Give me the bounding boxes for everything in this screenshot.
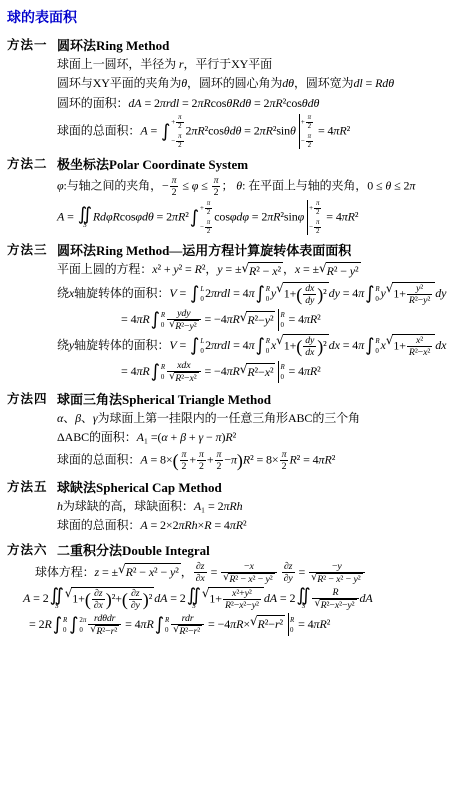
- method-content: 球面三角法Spherical Triangle Methodα、β、γ为球面上第…: [57, 387, 448, 474]
- formula-line: = 4πR∫R0ydy√R²−y² = −4πR√R²−y²R0 = 4πR²: [121, 308, 448, 332]
- formula-line: 绕y轴旋转体的面积：V = ∫L02πrdl = 4π∫R0x√1+(dydx)…: [57, 334, 448, 358]
- formula-line: A = ∬SRdφRcosφdθ = 2πR²∫+π2−π2cosφdφ = 2…: [57, 200, 448, 235]
- formula-line: 圆环的面积：dA = 2πrdl = 2πRcosθRdθ = 2πR²cosθ…: [57, 95, 448, 112]
- method-section-2: 方法二极坐标法Polar Coordinate Systemφ:与轴之间的夹角，…: [7, 152, 448, 237]
- method-heading: 极坐标法Polar Coordinate System: [57, 154, 448, 173]
- formula-line: 球体方程：z = ±√R² − x² − y²，∂z∂x = −x√R² − x…: [35, 561, 448, 585]
- method-label: 方法二: [7, 152, 57, 172]
- method-label: 方法六: [7, 538, 57, 558]
- document-body: 方法一圆环法Ring Method球面上一圆环，半径为 r，平行于XY平面圆环与…: [7, 33, 448, 639]
- formula-line: = 4πR∫R0xdx√R²−x² = −4πR√R²−x²R0 = 4πR²: [121, 360, 448, 384]
- method-heading: 二重积分法Double Integral: [57, 540, 448, 559]
- method-section-1: 方法一圆环法Ring Method球面上一圆环，半径为 r，平行于XY平面圆环与…: [7, 33, 448, 151]
- method-heading: 球缺法Spherical Cap Method: [57, 477, 448, 496]
- formula-line: α、β、γ为球面上第一挂限内的一任意三角形ABC的三个角: [57, 410, 448, 427]
- method-content: 圆环法Ring Method球面上一圆环，半径为 r，平行于XY平面圆环与XY平…: [57, 33, 448, 151]
- method-heading: 圆环法Ring Method: [57, 35, 448, 54]
- formula-line: = 2R∫R0∫2π0rdθdr√R²−r² = 4πR∫R0rdr√R²−r²…: [29, 613, 448, 637]
- formula-line: 绕x轴旋转体的面积：V = ∫L02πrdl = 4π∫R0y√1+(dxdy)…: [57, 282, 448, 306]
- formula-line: h为球缺的高，球缺面积：A₁ = 2πRh: [57, 498, 448, 515]
- formula-line: φ:与轴之间的夹角，−π2 ≤ φ ≤ π2； θ: 在平面上与轴的夹角，0 ≤…: [57, 175, 448, 198]
- formula-line: ΔABC的面积：A₁ =(α + β + γ − π)R²: [57, 429, 448, 446]
- method-label: 方法四: [7, 387, 57, 407]
- method-content: 圆环法Ring Method—运用方程计算旋转体表面面积平面上圆的方程：x² +…: [57, 238, 448, 386]
- method-heading: 圆环法Ring Method—运用方程计算旋转体表面面积: [57, 240, 448, 259]
- method-section-3: 方法三圆环法Ring Method—运用方程计算旋转体表面面积平面上圆的方程：x…: [7, 238, 448, 386]
- method-content: 二重积分法Double Integral球体方程：z = ±√R² − x² −…: [57, 538, 448, 639]
- formula-line: 球面上一圆环，半径为 r，平行于XY平面: [57, 56, 448, 73]
- formula-line: A = 2∬S√1+(∂z∂x)²+(∂z∂y)²dA = 2∬S√1+x²+y…: [23, 587, 448, 611]
- method-content: 极坐标法Polar Coordinate Systemφ:与轴之间的夹角，−π2…: [57, 152, 448, 237]
- formula-line: 圆环与XY平面的夹角为θ，圆环的圆心角为dθ，圆环宽为dl = Rdθ: [57, 75, 448, 92]
- method-section-6: 方法六二重积分法Double Integral球体方程：z = ±√R² − x…: [7, 538, 448, 639]
- formula-line: 球面的总面积：A = 2×2πRh×R = 4πR²: [57, 517, 448, 534]
- method-section-4: 方法四球面三角法Spherical Triangle Methodα、β、γ为球…: [7, 387, 448, 474]
- method-content: 球缺法Spherical Cap Methodh为球缺的高，球缺面积：A₁ = …: [57, 475, 448, 537]
- formula-line: 平面上圆的方程：x² + y² = R²，y = ±√R² − x²，x = ±…: [57, 261, 448, 279]
- method-label: 方法一: [7, 33, 57, 53]
- page-title: 球的表面积: [7, 7, 448, 27]
- formula-line: 球面的总面积：A = 8×(π2+π2+π2−π)R² = 8×π2R² = 4…: [57, 449, 448, 472]
- formula-line: 球面的总面积：A = ∫+π2−π22πR²cosθdθ = 2πR²sinθ+…: [57, 114, 448, 149]
- method-section-5: 方法五球缺法Spherical Cap Methodh为球缺的高，球缺面积：A₁…: [7, 475, 448, 537]
- method-label: 方法五: [7, 475, 57, 495]
- document-page: 球的表面积 方法一圆环法Ring Method球面上一圆环，半径为 r，平行于X…: [0, 0, 452, 639]
- method-label: 方法三: [7, 238, 57, 258]
- method-heading: 球面三角法Spherical Triangle Method: [57, 389, 448, 408]
